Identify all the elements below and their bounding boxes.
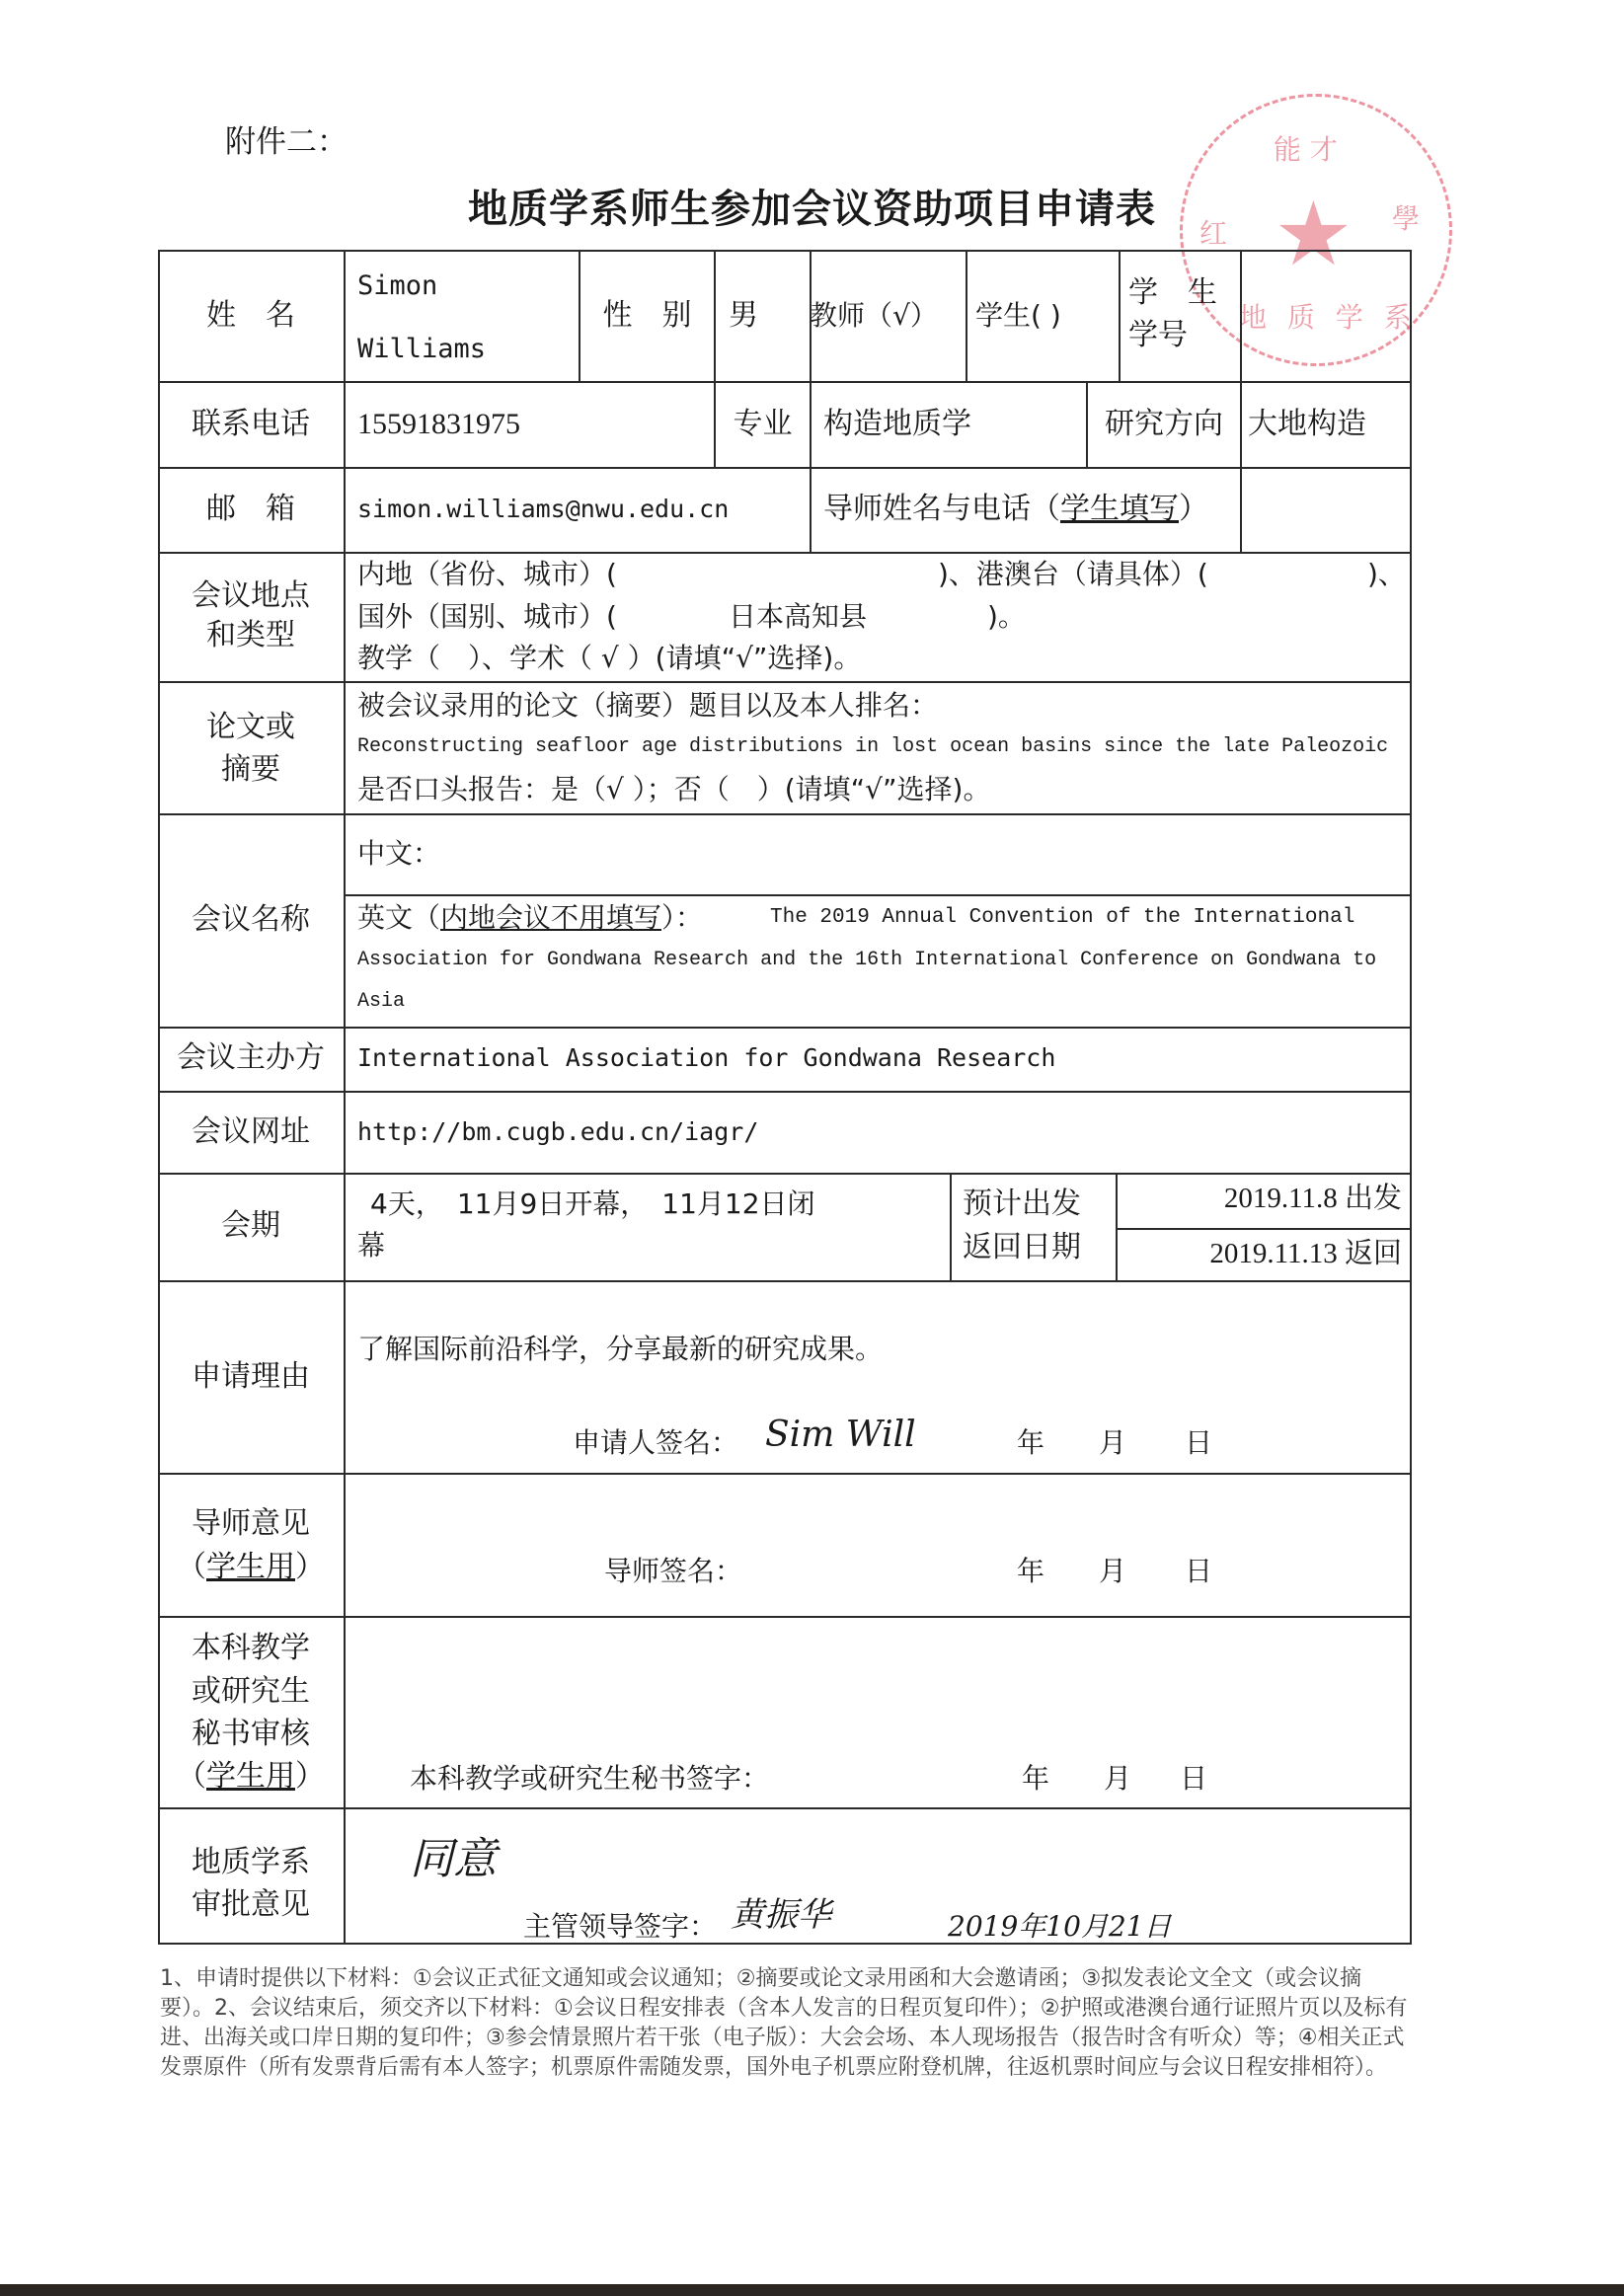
- paper-label-1: 论文或: [158, 706, 344, 749]
- stamp-text-right: 學: [1392, 197, 1420, 237]
- major-value[interactable]: 构造地质学: [823, 403, 971, 446]
- department-opinion[interactable]: 同意: [410, 1838, 497, 1881]
- major-label: 专业: [716, 403, 810, 446]
- secretary-date-day: 日: [1180, 1757, 1207, 1800]
- location-type[interactable]: 教学（ ）、学术（ √ ）(请填“√”选择)。: [357, 637, 861, 680]
- advisor-opinion-label-2: （学生用）: [158, 1546, 344, 1589]
- conf-name-en-line3[interactable]: Asia: [357, 987, 405, 1017]
- stamp-text-left: 红: [1199, 212, 1227, 252]
- location-label-2: 和类型: [158, 614, 344, 657]
- website-value[interactable]: http://bm.cugb.edu.cn/iagr/: [357, 1110, 758, 1154]
- department-sign-label: 主管领导签字：: [523, 1905, 717, 1949]
- location-abroad-value[interactable]: 日本高知县: [729, 595, 867, 639]
- stamp-text-bottom: 地 质 学 系: [1239, 296, 1418, 336]
- research-value[interactable]: 大地构造: [1248, 403, 1366, 446]
- research-label: 研究方向: [1088, 403, 1240, 446]
- applicant-sign-label: 申请人签名：: [573, 1421, 738, 1465]
- conf-name-en-label: 英文（内地会议不用填写）：: [357, 896, 703, 940]
- reason-date-day: 日: [1185, 1421, 1212, 1465]
- location-hkmt: )、港澳台（请具体）(: [938, 553, 1208, 596]
- conf-name-label: 会议名称: [158, 898, 344, 942]
- paper-oral[interactable]: 是否口头报告：是（√ ）；否（ ）(请填“√”选择)。: [357, 768, 990, 811]
- stamp-star-icon: ★: [1274, 183, 1353, 286]
- reason-date-month: 月: [1099, 1421, 1126, 1465]
- name-label: 姓 名: [158, 294, 344, 338]
- conf-name-en-line2[interactable]: Association for Gondwana Research and th…: [357, 946, 1376, 975]
- role-student-checkbox[interactable]: 学生( ): [975, 294, 1061, 338]
- duration-value-1[interactable]: 4天， 11月9日开幕， 11月12日闭: [370, 1183, 815, 1226]
- website-label: 会议网址: [158, 1110, 344, 1154]
- secretary-label-4: （学生用）: [158, 1755, 344, 1799]
- advisor-date-year: 年: [1017, 1550, 1044, 1593]
- depart-date[interactable]: 2019.11.8 出发: [1125, 1177, 1402, 1220]
- advisor-sign-label: 导师签名：: [604, 1550, 742, 1593]
- advisor-date-day: 日: [1185, 1550, 1212, 1593]
- organizer-label: 会议主办方: [158, 1036, 344, 1080]
- travel-label-2: 返回日期: [963, 1226, 1081, 1269]
- phone-label: 联系电话: [158, 403, 344, 446]
- advisor-opinion-label-1: 导师意见: [158, 1502, 344, 1546]
- location-abroad-end: )。: [987, 595, 1026, 639]
- advisor-label: 导师姓名与电话（学生填写）: [823, 488, 1208, 531]
- secretary-label-1: 本科教学: [158, 1627, 344, 1670]
- duration-value-2[interactable]: 幕: [357, 1224, 385, 1267]
- secretary-sign-label: 本科教学或研究生秘书签字：: [410, 1757, 769, 1800]
- email-value[interactable]: simon.williams@nwu.edu.cn: [357, 488, 729, 531]
- notes-text: 1、申请时提供以下材料：①会议正式征文通知或会议通知；②摘要或论文录用函和大会邀…: [160, 1964, 1414, 2083]
- location-abroad-label: 国外（国别、城市）(: [357, 595, 617, 639]
- reason-date-year: 年: [1017, 1421, 1044, 1465]
- location-hkmt-end: )、: [1367, 553, 1406, 596]
- location-label-1: 会议地点: [158, 574, 344, 618]
- advisor-date-month: 月: [1099, 1550, 1126, 1593]
- paper-title[interactable]: Reconstructing seafloor age distribution…: [357, 732, 1388, 762]
- gender-value[interactable]: 男: [729, 294, 758, 338]
- paper-label-2: 摘要: [158, 748, 344, 792]
- travel-label-1: 预计出发: [963, 1183, 1081, 1226]
- attachment-label: 附件二：: [225, 116, 348, 161]
- department-date[interactable]: 2019年10月21日: [948, 1905, 1172, 1949]
- applicant-signature[interactable]: Sim Will: [765, 1414, 916, 1457]
- secretary-date-year: 年: [1022, 1757, 1049, 1800]
- department-label-2: 审批意见: [158, 1883, 344, 1927]
- organizer-value[interactable]: International Association for Gondwana R…: [357, 1036, 1055, 1080]
- department-label-1: 地质学系: [158, 1841, 344, 1884]
- secretary-label-2: 或研究生: [158, 1670, 344, 1714]
- stamp-text-top: 能 才: [1274, 128, 1338, 168]
- role-teacher-checkbox[interactable]: 教师（√）: [810, 294, 938, 338]
- reason-label: 申请理由: [158, 1355, 344, 1399]
- conf-name-en-line1[interactable]: The 2019 Annual Convention of the Intern…: [770, 903, 1354, 933]
- gender-label: 性 别: [580, 294, 714, 338]
- conf-name-cn-label: 中文：: [357, 832, 440, 876]
- reason-value[interactable]: 了解国际前沿科学，分享最新的研究成果。: [357, 1328, 883, 1371]
- student-id-label-2: 学号: [1128, 314, 1188, 357]
- email-label: 邮 箱: [158, 488, 344, 531]
- scan-edge: [0, 2284, 1624, 2296]
- paper-prompt: 被会议录用的论文（摘要）题目以及本人排名：: [357, 684, 938, 727]
- duration-label: 会期: [158, 1204, 344, 1248]
- phone-value[interactable]: 15591831975: [357, 403, 520, 446]
- name-value-first[interactable]: Simon: [357, 265, 437, 308]
- secretary-date-month: 月: [1104, 1757, 1131, 1800]
- return-date[interactable]: 2019.11.13 返回: [1125, 1232, 1402, 1275]
- department-signature[interactable]: 黄振华: [731, 1893, 831, 1937]
- student-id-label-1: 学 生: [1128, 271, 1217, 315]
- location-domestic: 内地（省份、城市）(: [357, 553, 617, 596]
- secretary-label-3: 秘书审核: [158, 1713, 344, 1756]
- name-value-last[interactable]: Williams: [357, 328, 486, 371]
